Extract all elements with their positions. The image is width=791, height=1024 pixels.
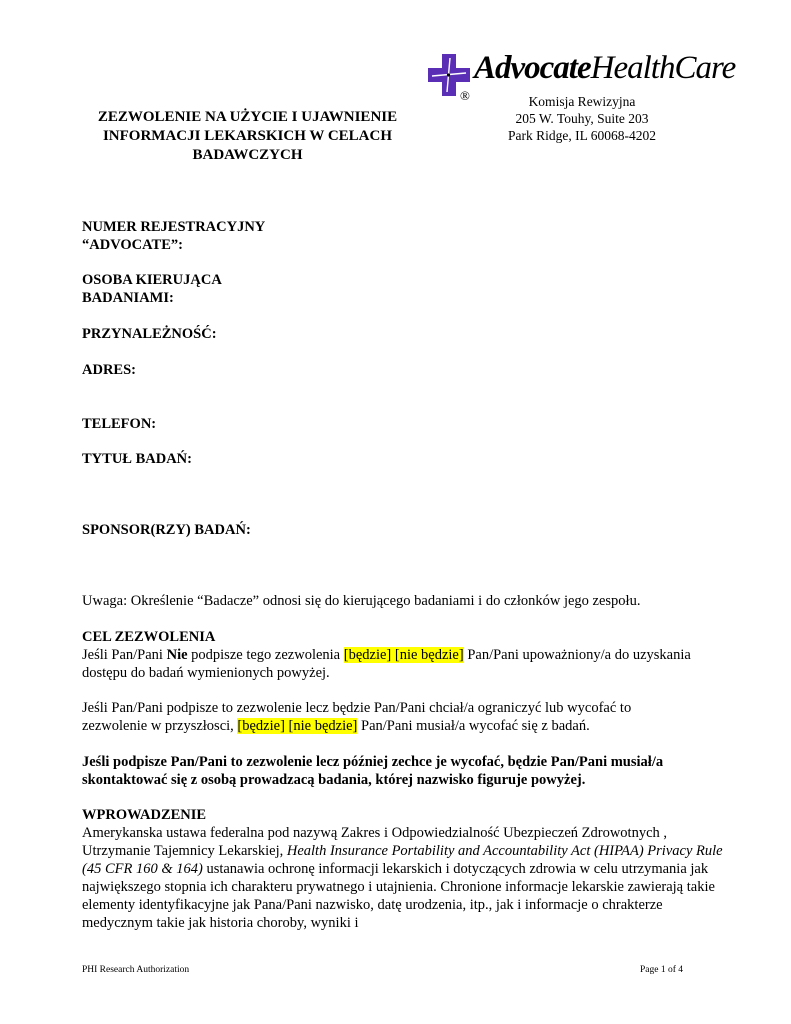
registered-mark: ® <box>460 88 470 104</box>
highlight-option: [będzie] [nie będzie] <box>237 718 357 734</box>
purpose-paragraph-3: Jeśli podpisze Pan/Pani to zezwolenie le… <box>82 753 727 789</box>
purpose-paragraph-2: Jeśli Pan/Pani podpisze to zezwolenie le… <box>82 699 692 735</box>
logo-name-regular: HealthCare <box>591 50 736 86</box>
field-label: “ADVOCATE”: <box>82 236 265 254</box>
title-line: INFORMACJI LEKARSKICH W CELACH <box>80 127 415 146</box>
page-number: Page 1 of 4 <box>640 965 683 975</box>
field-label: ADRES: <box>82 361 136 379</box>
address-line: Park Ridge, IL 60068-4202 <box>478 127 686 144</box>
field-label: NUMER REJESTRACYJNY <box>82 218 265 236</box>
field-label: TYTUŁ BADAŃ: <box>82 450 192 468</box>
field-registration-number: NUMER REJESTRACYJNY “ADVOCATE”: <box>82 218 265 254</box>
document-title: ZEZWOLENIE NA UŻYCIE I UJAWNIENIE INFORM… <box>80 108 415 165</box>
title-line: BADAWCZYCH <box>80 146 415 165</box>
address-line: Komisja Rewizyjna <box>478 93 686 110</box>
field-sponsors: SPONSOR(RZY) BADAŃ: <box>82 521 251 539</box>
field-address: ADRES: <box>82 361 136 379</box>
purpose-paragraph-1: Jeśli Pan/Pani Nie podpisze tego zezwole… <box>82 646 702 682</box>
logo-name-bold: Advocate <box>474 50 591 86</box>
title-line: ZEZWOLENIE NA UŻYCIE I UJAWNIENIE <box>80 108 415 127</box>
logo-wordmark: AdvocateHealthCare <box>474 50 735 87</box>
intro-paragraph: Amerykanska ustawa federalna pod nazywą … <box>82 824 727 932</box>
field-label: PRZYNALEŻNOŚĆ: <box>82 325 217 343</box>
field-label: TELEFON: <box>82 415 156 433</box>
address-block: Komisja Rewizyjna 205 W. Touhy, Suite 20… <box>478 93 686 144</box>
field-label: OSOBA KIERUJĄCA <box>82 271 222 289</box>
field-label: SPONSOR(RZY) BADAŃ: <box>82 521 251 539</box>
field-affiliation: PRZYNALEŻNOŚĆ: <box>82 325 217 343</box>
field-principal-investigator: OSOBA KIERUJĄCA BADANIAMI: <box>82 271 222 307</box>
field-phone: TELEFON: <box>82 415 156 433</box>
field-study-title: TYTUŁ BADAŃ: <box>82 450 192 468</box>
purpose-heading: CEL ZEZWOLENIA <box>82 628 722 646</box>
field-label: BADANIAMI: <box>82 289 222 307</box>
emphasis-nie: Nie <box>167 647 188 663</box>
highlight-option: [będzie] [nie będzie] <box>344 647 464 663</box>
footer-left: PHI Research Authorization <box>82 965 189 975</box>
address-line: 205 W. Touhy, Suite 203 <box>478 110 686 127</box>
intro-heading: WPROWADZENIE <box>82 806 722 824</box>
note-text: Uwaga: Określenie “Badacze” odnosi się d… <box>82 592 722 610</box>
